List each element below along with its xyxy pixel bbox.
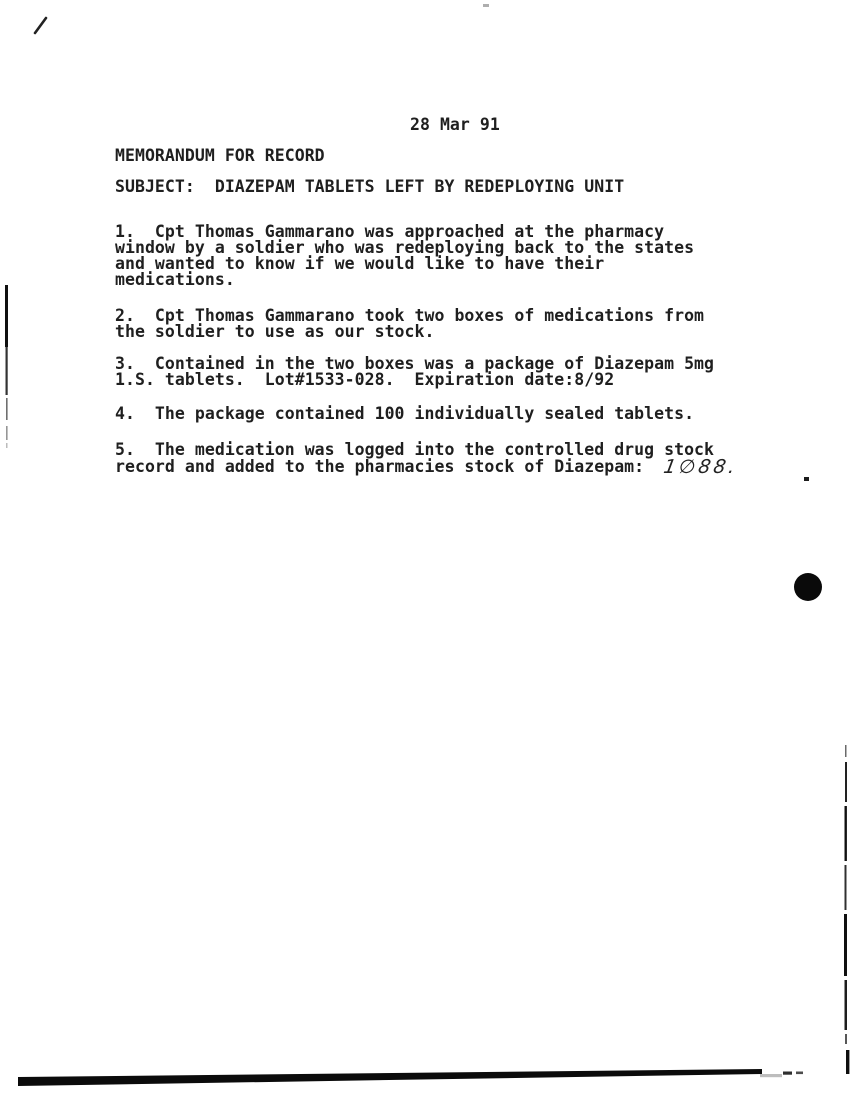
memo-paragraph-4: 4. The package contained 100 individuall… (115, 406, 755, 422)
ink-speck-right (804, 477, 809, 481)
memo-paragraph-2: 2. Cpt Thomas Gammarano took two boxes o… (115, 308, 755, 340)
punch-hole-dot (794, 573, 822, 601)
memo-paragraph-3: 3. Contained in the two boxes was a pack… (115, 356, 755, 388)
scan-streak-left (5, 285, 8, 448)
memo-paragraph-5-text: 5. The medication was logged into the co… (115, 440, 714, 476)
memo-heading: MEMORANDUM FOR RECORD (115, 148, 325, 164)
scanner-bar-bottom (18, 1069, 803, 1086)
handwritten-stock-count: 1∅88. (663, 459, 740, 475)
ink-speck-top (483, 4, 489, 7)
memo-paragraph-1: 1. Cpt Thomas Gammarano was approached a… (115, 224, 755, 288)
memo-date: 28 Mar 91 (410, 117, 500, 133)
memo-subject-line: SUBJECT: DIAZEPAM TABLETS LEFT BY REDEPL… (115, 179, 624, 195)
memo-paragraph-5: 5. The medication was logged into the co… (115, 442, 755, 475)
memo-page: 28 Mar 91 MEMORANDUM FOR RECORD SUBJECT:… (0, 0, 850, 1094)
page-edge-right (844, 745, 849, 1074)
pen-slash-mark (35, 18, 46, 33)
